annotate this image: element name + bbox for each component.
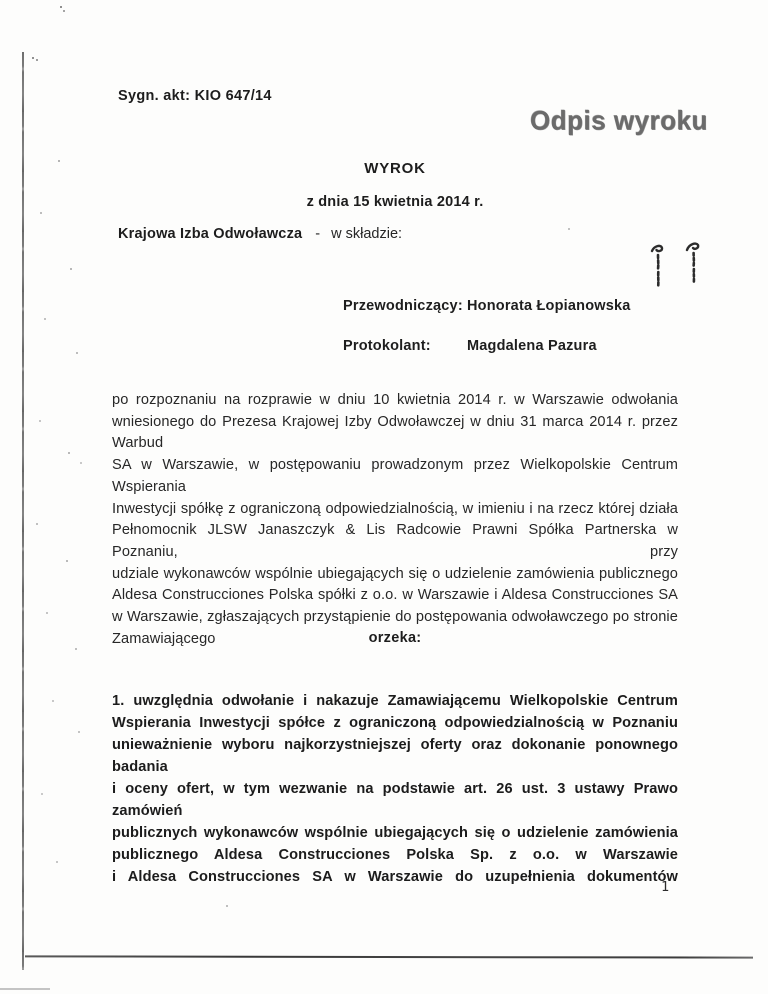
ruling-line: publicznego Aldesa Construcciones Polska… <box>112 844 678 866</box>
ruling-line: unieważnienie wyboru najkorzystniejszej … <box>112 734 678 778</box>
scan-noise-specks <box>0 0 2 2</box>
preamble-paragraph: po rozpoznaniu na rozprawie w dniu 10 kw… <box>112 390 678 650</box>
panel-composition: Przewodniczący: Honorata Łopianowska Pro… <box>343 297 631 377</box>
panel-row-chairwoman: Przewodniczący: Honorata Łopianowska <box>343 297 631 315</box>
judgment-title: WYROK <box>112 160 678 177</box>
scanned-judgment-page: Sygn. akt: KIO 647/14 Odpis wyroku WYROK… <box>0 0 768 994</box>
panel-role-label: Protokolant: <box>343 337 467 355</box>
panel-member-name: Honorata Łopianowska <box>467 297 631 315</box>
preamble-line: udziale wykonawców wspólnie ubiegających… <box>112 564 678 586</box>
ruling-line: Wspierania Inwestycji spółce z ograniczo… <box>112 712 678 734</box>
chamber-name: Krajowa Izba Odwoławcza <box>118 226 302 242</box>
preamble-line: wniesionego do Prezesa Krajowej Izby Odw… <box>112 412 678 455</box>
ink-mark <box>648 243 668 291</box>
preamble-line: Aldesa Construcciones Polska spółki z o.… <box>112 585 678 607</box>
composition-label: w składzie: <box>331 226 402 242</box>
chamber-composition-line: Krajowa Izba Odwoławcza-w składzie: <box>118 226 402 242</box>
ruling-line: i Aldesa Construcciones SA w Warszawie d… <box>112 866 678 888</box>
preamble-line: Pełnomocnik JLSW Janaszczyk & Lis Radcow… <box>112 520 678 563</box>
scan-artifact-line <box>0 988 50 990</box>
ruling-heading: orzeka: <box>112 630 678 646</box>
ruling-line: publicznych wykonawców wspólnie ubiegają… <box>112 822 678 844</box>
panel-member-name: Magdalena Pazura <box>467 337 597 355</box>
scan-paper-edge-bottom <box>25 955 753 958</box>
preamble-line: w Warszawie, zgłaszających przystąpienie… <box>112 607 678 629</box>
ink-mark <box>684 241 704 289</box>
case-number: Sygn. akt: KIO 647/14 <box>118 88 272 104</box>
odpis-wyroku-stamp: Odpis wyroku <box>530 104 708 136</box>
judgment-date: z dnia 15 kwietnia 2014 r. <box>112 194 678 210</box>
panel-row-recorder: Protokolant: Magdalena Pazura <box>343 337 631 355</box>
ruling-line: 1. uwzględnia odwołanie i nakazuje Zamaw… <box>112 690 678 712</box>
separator-dash: - <box>315 226 320 242</box>
preamble-line: Inwestycji spółkę z ograniczoną odpowied… <box>112 499 678 521</box>
ruling-paragraph: 1. uwzględnia odwołanie i nakazuje Zamaw… <box>112 690 678 888</box>
ruling-line: i oceny ofert, w tym wezwanie na podstaw… <box>112 778 678 822</box>
preamble-line: SA w Warszawie, w postępowaniu prowadzon… <box>112 455 678 498</box>
scan-paper-edge-left <box>22 52 24 970</box>
panel-role-label: Przewodniczący: <box>343 297 467 315</box>
preamble-line: po rozpoznaniu na rozprawie w dniu 10 kw… <box>112 390 678 412</box>
page-number: 1 <box>661 879 669 895</box>
